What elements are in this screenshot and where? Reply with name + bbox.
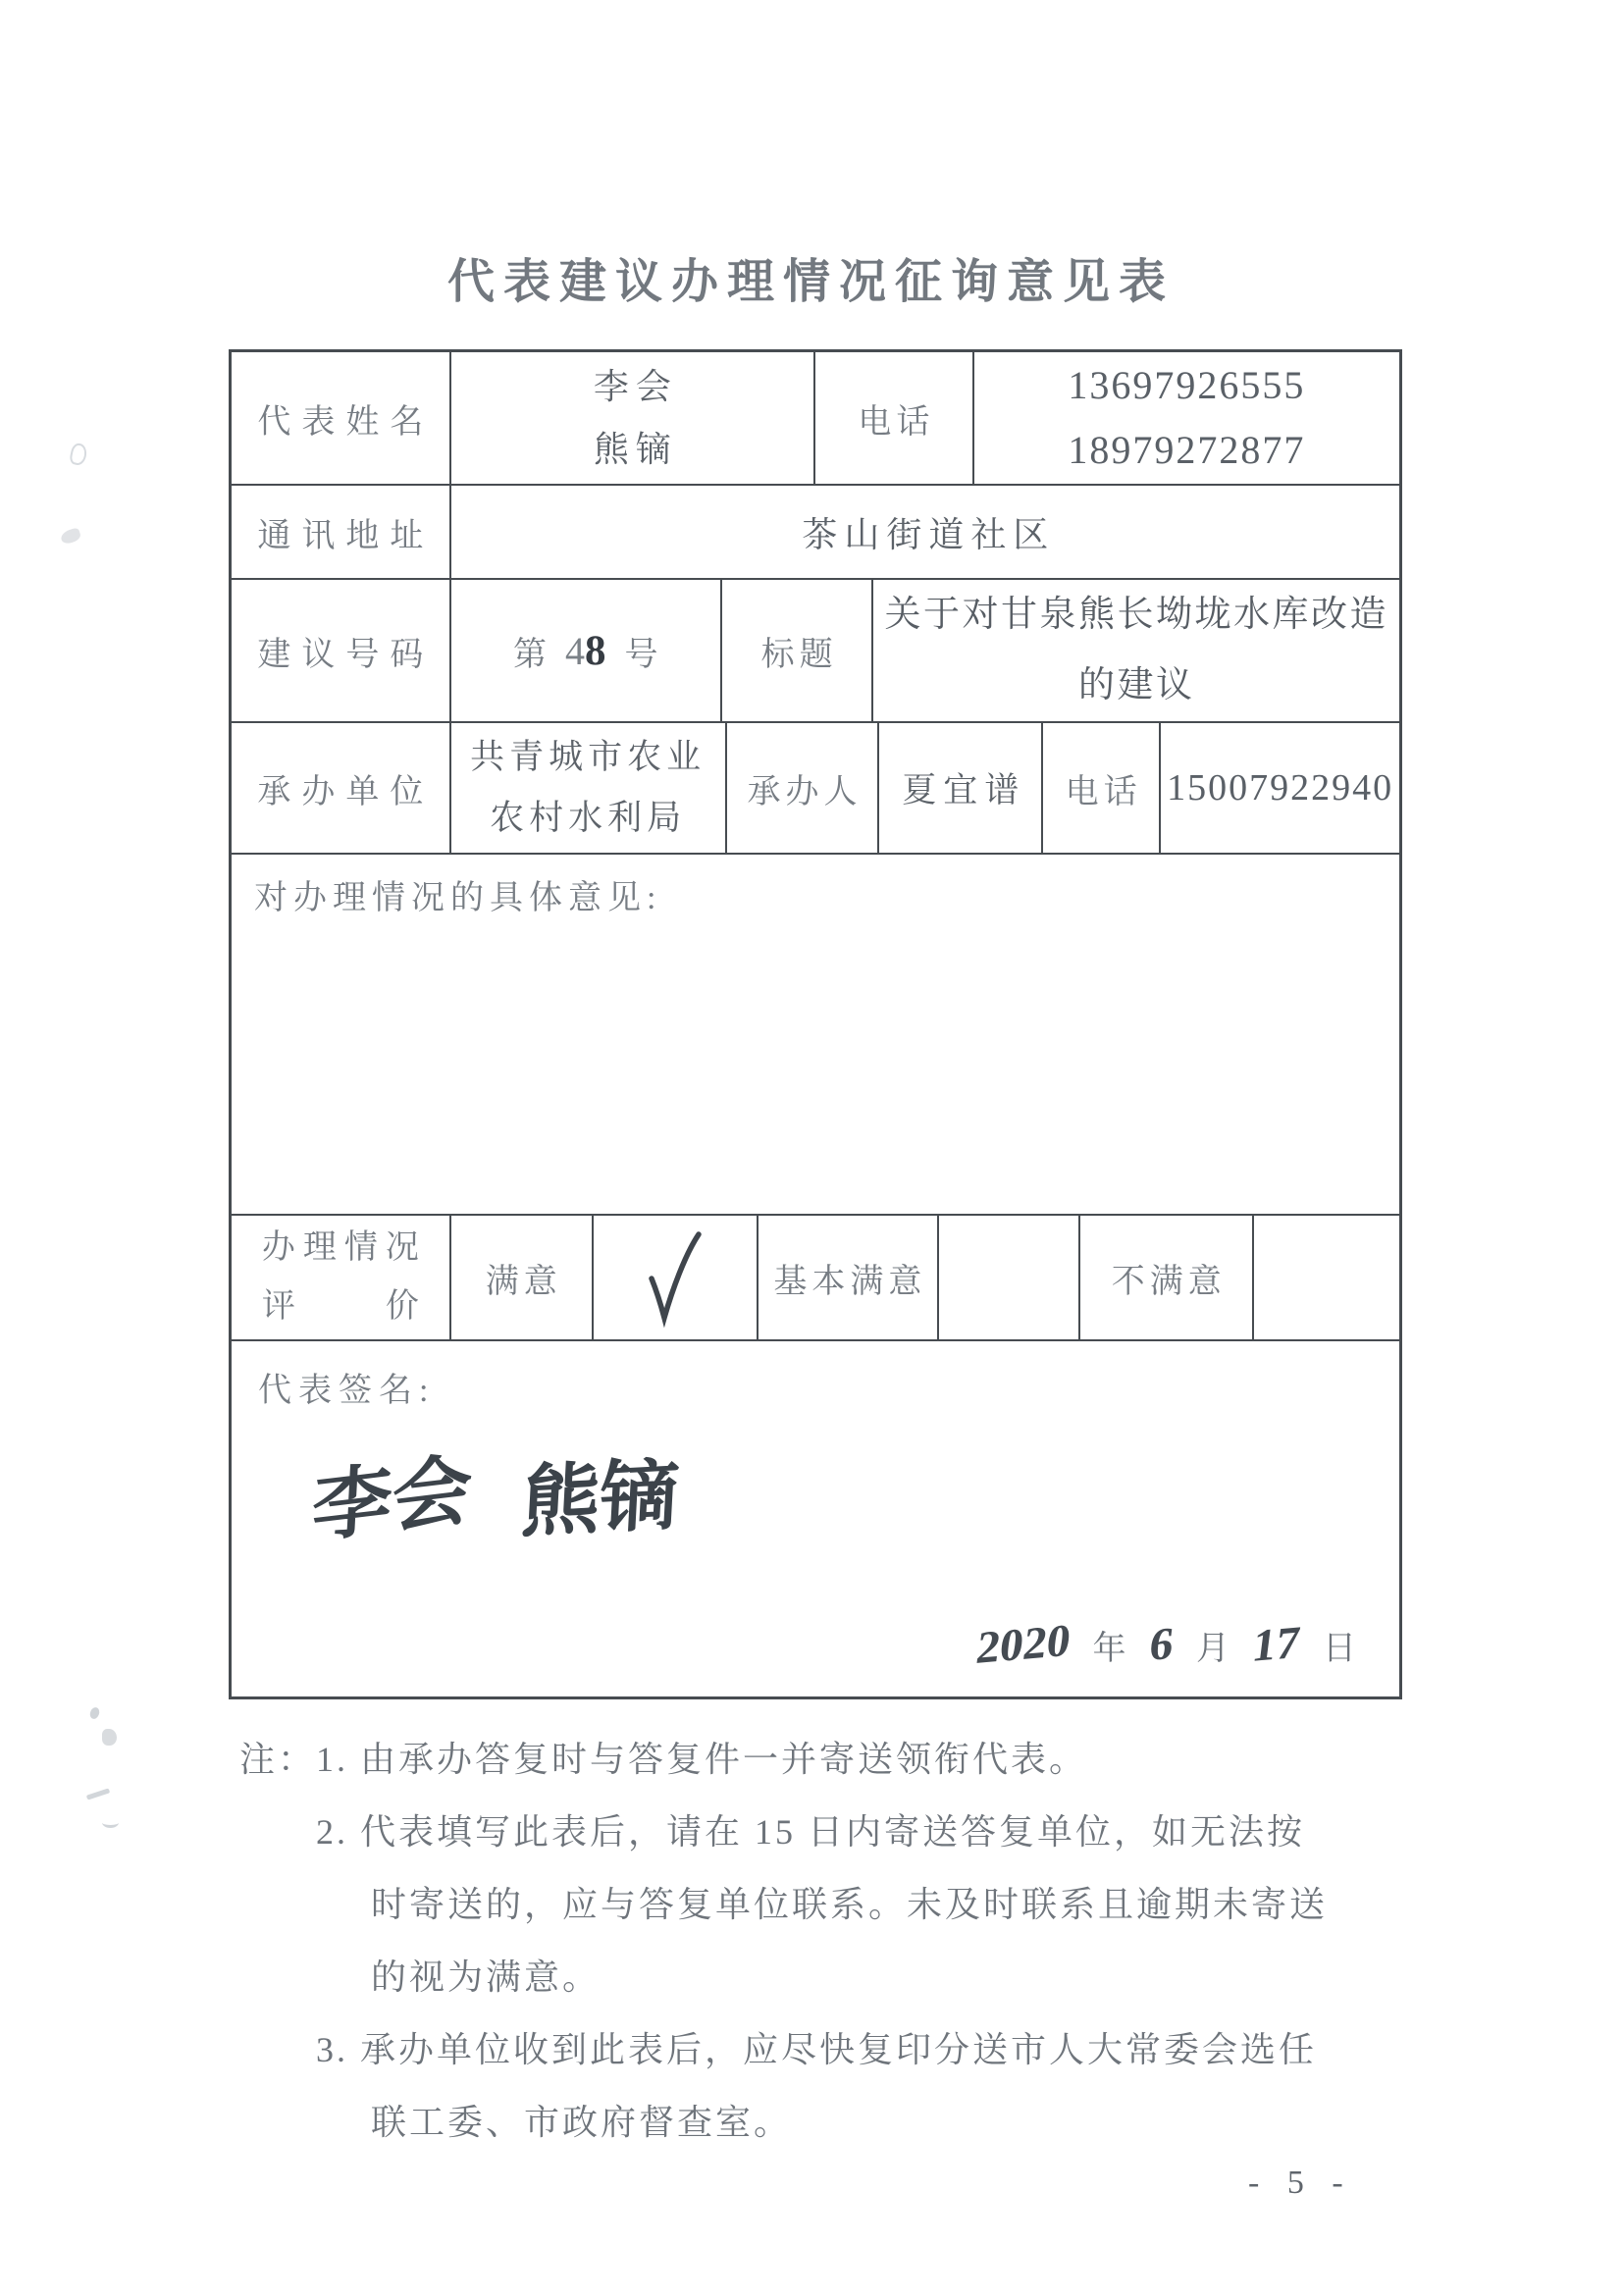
suggestion-title-line-1: 关于对甘泉熊长坳垅水库改造 xyxy=(884,580,1388,651)
scan-artifact xyxy=(59,527,81,546)
representative-name-label-cell: 代表姓名 xyxy=(232,352,451,484)
signature-date: 2020 年 6 月 17 日 xyxy=(977,1618,1357,1671)
row-address: 通讯地址 茶山街道社区 xyxy=(232,486,1399,580)
suggestion-number-label: 建议号码 xyxy=(246,627,434,675)
signature-name-2: 熊镝 xyxy=(519,1432,683,1552)
phone-numbers-cell: 13697926555 18979272877 xyxy=(974,352,1399,484)
note-line-5: 3. 承办单位收到此表后，应尽快复印分送市人大常委会选任 xyxy=(316,2013,1437,2086)
title-label: 标题 xyxy=(757,627,838,675)
scanned-form-page: 代表建议办理情况征询意见表 代表姓名 李会 熊镝 电话 13697926555 … xyxy=(0,0,1622,2296)
representative-names: 李会 熊镝 xyxy=(587,355,678,481)
handler-label: 承办人 xyxy=(742,764,862,812)
scan-artifact xyxy=(86,1788,110,1800)
evaluation-label: 办理情况 评 价 xyxy=(254,1219,427,1336)
option-satisfied-cell: 满意 xyxy=(451,1216,594,1339)
phone-number-1: 13697926555 xyxy=(1068,353,1305,418)
scan-artifact xyxy=(88,1706,101,1720)
row-undertaker: 承办单位 共青城市农业 农村水利局 承办人 夏宜谱 电话 15007922940 xyxy=(232,723,1399,855)
undertaker-label-cell: 承办单位 xyxy=(232,723,451,853)
not-satisfied-mark-cell xyxy=(1254,1216,1399,1339)
phone-label-cell: 电话 xyxy=(815,352,974,484)
handler-name: 夏宜谱 xyxy=(895,763,1025,812)
row-evaluation: 办理情况 评 价 满意 基本满意 不满意 xyxy=(232,1216,1399,1341)
document-title: 代表建议办理情况征询意见表 xyxy=(0,243,1622,311)
handler-phone-label: 电话 xyxy=(1061,764,1142,812)
handler-phone-number: 15007922940 xyxy=(1167,766,1393,809)
form-table: 代表姓名 李会 熊镝 电话 13697926555 18979272877 xyxy=(229,349,1402,1699)
page-number: - 5 - xyxy=(1248,2165,1353,2202)
suggestion-title-line-2: 的建议 xyxy=(884,651,1388,721)
suggestion-title-cell: 关于对甘泉熊长坳垅水库改造 的建议 xyxy=(873,580,1399,721)
satisfied-checkmark-cell xyxy=(594,1216,759,1339)
representative-name-label: 代表姓名 xyxy=(246,394,434,443)
phone-numbers: 13697926555 18979272877 xyxy=(1068,353,1305,483)
signature-cell: 代表签名: 李会 熊镝 2020 年 6 月 17 日 xyxy=(232,1341,1399,1696)
note-line-1: 注：1. 由承办答复时与答复件一并寄送领衔代表。 xyxy=(239,1723,1437,1796)
address-value-cell: 茶山街道社区 xyxy=(451,486,1399,578)
handler-name-cell: 夏宜谱 xyxy=(879,723,1043,853)
handler-label-cell: 承办人 xyxy=(727,723,880,853)
option-satisfied: 满意 xyxy=(481,1254,562,1302)
option-not-satisfied-cell: 不满意 xyxy=(1080,1216,1254,1339)
phone-number-2: 18979272877 xyxy=(1068,418,1305,483)
checkmark-icon xyxy=(640,1229,710,1331)
number-prefix: 第 xyxy=(508,627,551,675)
undertaker-unit: 共青城市农业 农村水利局 xyxy=(470,727,706,849)
address-value: 茶山街道社区 xyxy=(795,507,1055,557)
number-digit-handwritten: 8 xyxy=(585,628,606,674)
date-month-unit: 月 xyxy=(1196,1621,1230,1669)
note-line-2: 2. 代表填写此表后，请在 15 日内寄送答复单位，如无法按 xyxy=(316,1796,1437,1868)
evaluation-label-cell: 办理情况 评 价 xyxy=(232,1216,451,1339)
date-year-unit: 年 xyxy=(1093,1621,1126,1669)
date-day-handwritten: 17 xyxy=(1249,1616,1302,1673)
evaluation-label-line-1: 办理情况 xyxy=(262,1219,427,1278)
row-signature: 代表签名: 李会 熊镝 2020 年 6 月 17 日 xyxy=(232,1341,1399,1696)
title-label-cell: 标题 xyxy=(722,580,874,721)
row-representative: 代表姓名 李会 熊镝 电话 13697926555 18979272877 xyxy=(232,352,1399,486)
undertaker-label: 承办单位 xyxy=(246,764,434,812)
option-basically-satisfied-cell: 基本满意 xyxy=(759,1216,939,1339)
suggestion-number-value: 48 xyxy=(565,627,606,675)
signature-label: 代表签名: xyxy=(253,1363,435,1411)
suggestion-title: 关于对甘泉熊长坳垅水库改造 的建议 xyxy=(884,580,1388,721)
date-year-handwritten: 2020 xyxy=(972,1614,1073,1675)
evaluation-label-line-2: 评 价 xyxy=(262,1278,427,1336)
row-opinion: 对办理情况的具体意见: xyxy=(232,855,1399,1216)
row-suggestion: 建议号码 第 48 号 标题 关于对甘泉熊长坳垅水库改造 的建议 xyxy=(232,580,1399,723)
undertaker-unit-line-2: 农村水利局 xyxy=(470,788,706,849)
opinion-label: 对办理情况的具体意见: xyxy=(249,870,661,918)
representative-name-2: 熊镝 xyxy=(594,418,678,481)
handler-phone-label-cell: 电话 xyxy=(1043,723,1161,853)
option-not-satisfied: 不满意 xyxy=(1107,1254,1227,1302)
option-basically-satisfied: 基本满意 xyxy=(768,1254,926,1302)
notes: 注：1. 由承办答复时与答复件一并寄送领衔代表。 2. 代表填写此表后，请在 1… xyxy=(239,1723,1437,2159)
suggestion-number-cell: 第 48 号 xyxy=(451,580,722,721)
suggestion-number-label-cell: 建议号码 xyxy=(232,580,451,721)
address-label-cell: 通讯地址 xyxy=(232,486,451,578)
scan-artifact xyxy=(102,1729,117,1746)
scan-artifact xyxy=(102,1817,119,1828)
date-month-handwritten: 6 xyxy=(1146,1617,1177,1672)
handler-phone-cell: 15007922940 xyxy=(1161,723,1399,853)
date-day-unit: 日 xyxy=(1323,1621,1356,1669)
note-line-6: 联工委、市政府督查室。 xyxy=(371,2086,1437,2159)
basically-satisfied-mark-cell xyxy=(939,1216,1080,1339)
representative-name-1: 李会 xyxy=(594,355,678,418)
note-line-4: 的视为满意。 xyxy=(371,1941,1437,2013)
representative-names-cell: 李会 熊镝 xyxy=(451,352,815,484)
number-digit-printed: 4 xyxy=(565,629,585,673)
note-line-3: 时寄送的，应与答复单位联系。未及时联系且逾期未寄送 xyxy=(371,1868,1437,1941)
address-label: 通讯地址 xyxy=(246,508,434,556)
phone-label: 电话 xyxy=(853,394,934,443)
signature-name-1: 李会 xyxy=(310,1427,475,1558)
representative-signature: 李会 熊镝 xyxy=(314,1435,679,1548)
number-suffix: 号 xyxy=(620,627,663,675)
scan-artifact xyxy=(69,443,88,467)
opinion-cell: 对办理情况的具体意见: xyxy=(232,855,1399,1214)
undertaker-unit-cell: 共青城市农业 农村水利局 xyxy=(451,723,727,853)
undertaker-unit-line-1: 共青城市农业 xyxy=(470,727,706,788)
